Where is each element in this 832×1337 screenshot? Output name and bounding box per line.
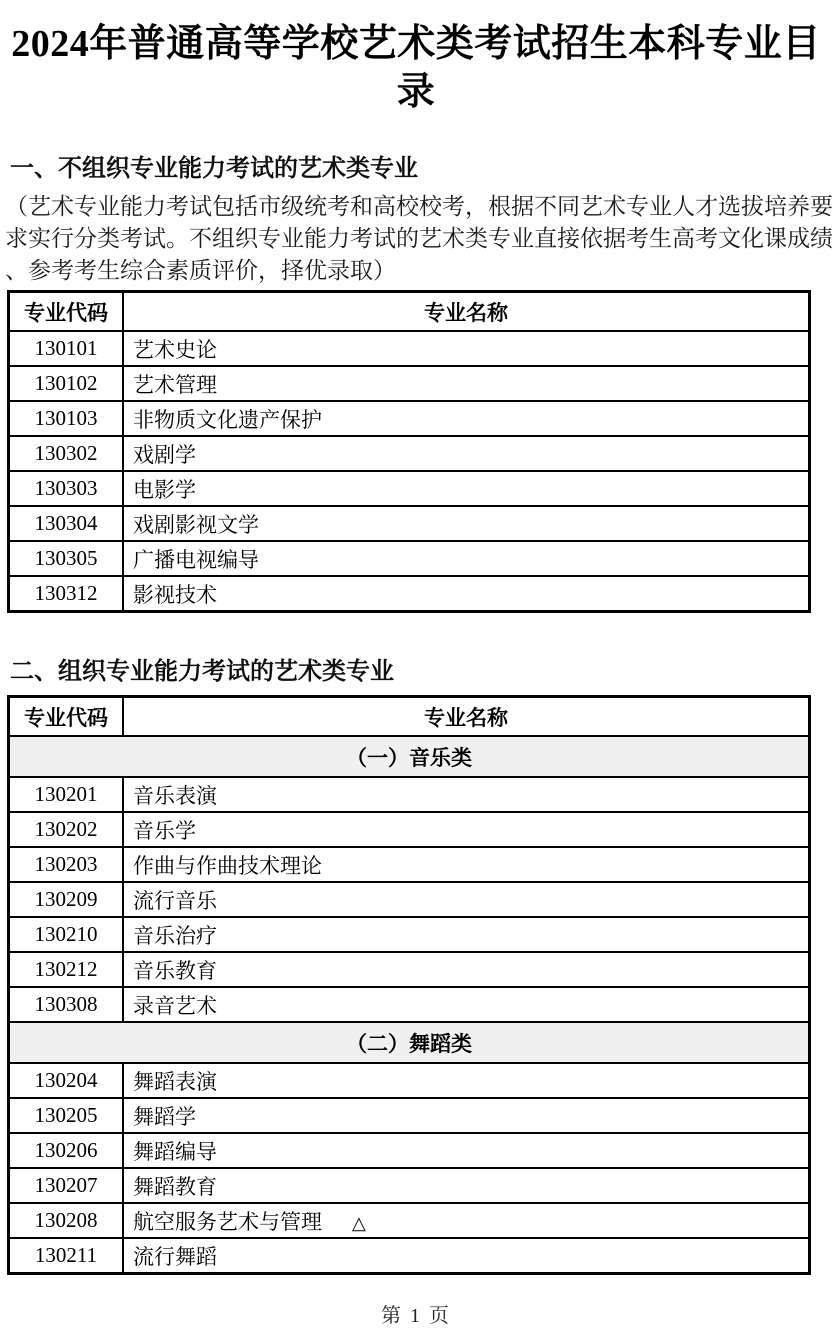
major-code: 130312 bbox=[9, 576, 124, 612]
table-row: 130302 戏剧学 bbox=[9, 436, 810, 471]
table-row: 130102 艺术管理 bbox=[9, 366, 810, 401]
table-row: 130312 影视技术 bbox=[9, 576, 810, 612]
table-row: 130206 舞蹈编导 bbox=[9, 1133, 810, 1168]
major-code: 130211 bbox=[9, 1238, 124, 1274]
table-row: 130201 音乐表演 bbox=[9, 777, 810, 812]
major-code: 130212 bbox=[9, 952, 124, 987]
table-row: 130303 电影学 bbox=[9, 471, 810, 506]
major-name: 航空服务艺术与管理△ bbox=[123, 1203, 810, 1238]
major-name: 音乐治疗 bbox=[123, 917, 810, 952]
table-row: 130212 音乐教育 bbox=[9, 952, 810, 987]
major-code: 130102 bbox=[9, 366, 124, 401]
major-name: 作曲与作曲技术理论 bbox=[123, 847, 810, 882]
major-name: 流行舞蹈 bbox=[123, 1238, 810, 1274]
document-title: 2024年普通高等学校艺术类考试招生本科专业目录 bbox=[0, 0, 832, 116]
major-name: 舞蹈学 bbox=[123, 1098, 810, 1133]
table-exam-majors: 专业代码 专业名称 （一）音乐类 130201 音乐表演 130202 音乐学 … bbox=[7, 695, 811, 1275]
major-code: 130208 bbox=[9, 1203, 124, 1238]
major-name: 流行音乐 bbox=[123, 882, 810, 917]
section1-heading: 一、不组织专业能力考试的艺术类专业 bbox=[10, 154, 822, 183]
table-row: 130205 舞蹈学 bbox=[9, 1098, 810, 1133]
major-code: 130204 bbox=[9, 1063, 124, 1098]
table-row: 130101 艺术史论 bbox=[9, 331, 810, 366]
major-code: 130303 bbox=[9, 471, 124, 506]
major-name: 音乐表演 bbox=[123, 777, 810, 812]
note-line: 求实行分类考试。不组织专业能力考试的艺术类专业直接依据考生高考文化课成绩 bbox=[5, 223, 824, 255]
major-code: 130103 bbox=[9, 401, 124, 436]
major-name: 艺术管理 bbox=[123, 366, 810, 401]
table-row: 130211 流行舞蹈 bbox=[9, 1238, 810, 1274]
major-name: 音乐教育 bbox=[123, 952, 810, 987]
column-header-major-name: 专业名称 bbox=[123, 292, 810, 332]
major-code: 130302 bbox=[9, 436, 124, 471]
major-code: 130207 bbox=[9, 1168, 124, 1203]
major-code: 130202 bbox=[9, 812, 124, 847]
major-name: 广播电视编导 bbox=[123, 541, 810, 576]
major-code: 130101 bbox=[9, 331, 124, 366]
table-row: 130308 录音艺术 bbox=[9, 987, 810, 1022]
section1-note: （艺术专业能力考试包括市级统考和高校校考，根据不同艺术专业人才选拔培养要 求实行… bbox=[5, 191, 824, 287]
column-header-major-name: 专业名称 bbox=[123, 697, 810, 737]
table-row: 130207 舞蹈教育 bbox=[9, 1168, 810, 1203]
section2-heading: 二、组织专业能力考试的艺术类专业 bbox=[10, 657, 822, 686]
major-name: 舞蹈教育 bbox=[123, 1168, 810, 1203]
table-no-exam-majors: 专业代码 专业名称 130101 艺术史论 130102 艺术管理 130103… bbox=[7, 290, 811, 613]
table-row: 130103 非物质文化遗产保护 bbox=[9, 401, 810, 436]
column-header-major-code: 专业代码 bbox=[9, 697, 124, 737]
major-name: 音乐学 bbox=[123, 812, 810, 847]
table-row: 130202 音乐学 bbox=[9, 812, 810, 847]
group-row-music: （一）音乐类 bbox=[9, 736, 810, 777]
major-name: 录音艺术 bbox=[123, 987, 810, 1022]
major-code: 130305 bbox=[9, 541, 124, 576]
major-name: 电影学 bbox=[123, 471, 810, 506]
table-row: 130210 音乐治疗 bbox=[9, 917, 810, 952]
major-name: 艺术史论 bbox=[123, 331, 810, 366]
table-row: 130305 广播电视编导 bbox=[9, 541, 810, 576]
major-name: 戏剧影视文学 bbox=[123, 506, 810, 541]
major-name: 非物质文化遗产保护 bbox=[123, 401, 810, 436]
group-label: （一）音乐类 bbox=[9, 736, 810, 777]
note-line: 、参考考生综合素质评价，择优录取） bbox=[5, 255, 824, 287]
group-row-dance: （二）舞蹈类 bbox=[9, 1022, 810, 1063]
major-name: 舞蹈编导 bbox=[123, 1133, 810, 1168]
major-code: 130304 bbox=[9, 506, 124, 541]
document-page: 2024年普通高等学校艺术类考试招生本科专业目录 一、不组织专业能力考试的艺术类… bbox=[0, 0, 832, 1337]
major-name: 影视技术 bbox=[123, 576, 810, 612]
page-number: 第 1 页 bbox=[0, 1299, 832, 1328]
major-code: 130205 bbox=[9, 1098, 124, 1133]
major-code: 130201 bbox=[9, 777, 124, 812]
table-header-row: 专业代码 专业名称 bbox=[9, 292, 810, 332]
major-code: 130308 bbox=[9, 987, 124, 1022]
table-header-row: 专业代码 专业名称 bbox=[9, 697, 810, 737]
column-header-major-code: 专业代码 bbox=[9, 292, 124, 332]
note-line: （艺术专业能力考试包括市级统考和高校校考，根据不同艺术专业人才选拔培养要 bbox=[5, 191, 824, 223]
table-row: 130203 作曲与作曲技术理论 bbox=[9, 847, 810, 882]
delta-marker: △ bbox=[352, 1213, 366, 1234]
major-name: 戏剧学 bbox=[123, 436, 810, 471]
major-name: 舞蹈表演 bbox=[123, 1063, 810, 1098]
table-row: 130209 流行音乐 bbox=[9, 882, 810, 917]
major-name-text: 航空服务艺术与管理 bbox=[133, 1210, 322, 1234]
major-code: 130203 bbox=[9, 847, 124, 882]
major-code: 130206 bbox=[9, 1133, 124, 1168]
table-row: 130304 戏剧影视文学 bbox=[9, 506, 810, 541]
table-row: 130208 航空服务艺术与管理△ bbox=[9, 1203, 810, 1238]
major-code: 130210 bbox=[9, 917, 124, 952]
major-code: 130209 bbox=[9, 882, 124, 917]
table-row: 130204 舞蹈表演 bbox=[9, 1063, 810, 1098]
group-label: （二）舞蹈类 bbox=[9, 1022, 810, 1063]
